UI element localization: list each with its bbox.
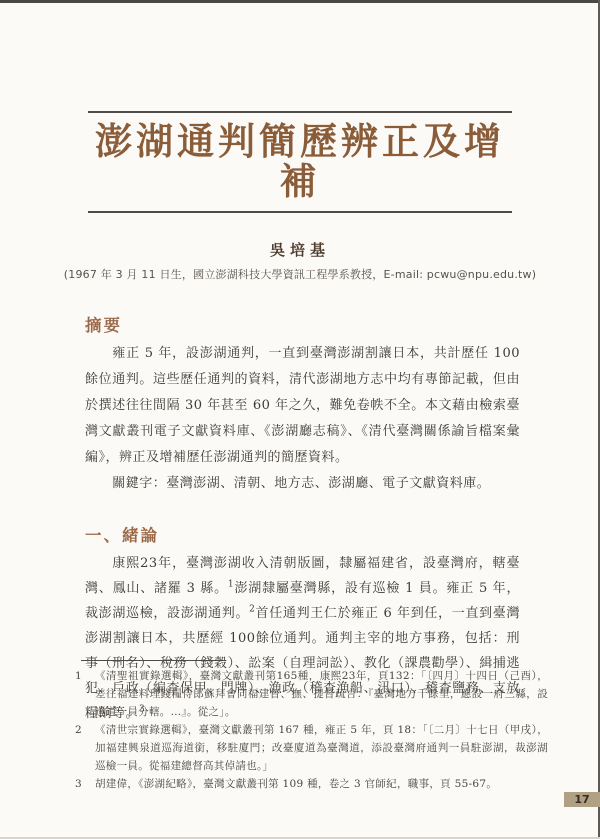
footnote-number: 2 <box>75 721 95 775</box>
title-block: 澎湖通判簡歷辨正及增補 <box>88 111 512 213</box>
abstract-heading: 摘要 <box>85 312 520 336</box>
author-affiliation: (1967 年 3 月 11 日生，國立澎湖科技大學資訊工程學系教授，E-mai… <box>0 266 600 282</box>
footnotes-section: 1 《清聖祖實錄選輯》，臺灣文獻叢刊第165種，康熙23年，頁132：「〔四月〕… <box>75 660 548 793</box>
footnote-text: 《清聖祖實錄選輯》，臺灣文獻叢刊第165種，康熙23年，頁132：「〔四月〕十四… <box>95 667 548 721</box>
footnote-text: 《清世宗實錄選輯》，臺灣文獻叢刊第 167 種，雍正 5 年，頁 18：「〔二月… <box>95 721 548 775</box>
keywords-line: 關鍵字：臺灣澎湖、清朝、地方志、澎湖廳、電子文獻資料庫。 <box>85 471 520 497</box>
footnote-text: 胡建偉，《澎湖紀略》，臺灣文獻叢刊第 109 種，卷之 3 官師紀，職事，頁 5… <box>95 775 548 793</box>
abstract-paragraph: 雍正 5 年，設澎湖通判，一直到臺灣澎湖割讓日本，共計歷任 100 餘位通判。這… <box>85 341 520 471</box>
scan-edge-top <box>0 0 600 3</box>
section-heading-introduction: 一、緒論 <box>85 522 520 546</box>
footnote-number: 1 <box>75 667 95 721</box>
article-title: 澎湖通判簡歷辨正及增補 <box>88 121 512 201</box>
scanned-page: 澎湖通判簡歷辨正及增補 吳培基 (1967 年 3 月 11 日生，國立澎湖科技… <box>0 0 600 839</box>
footnote-separator <box>81 660 226 661</box>
footnote-number: 3 <box>75 775 95 793</box>
page-number: 17 <box>574 793 589 806</box>
footnote-2: 2 《清世宗實錄選輯》，臺灣文獻叢刊第 167 種，雍正 5 年，頁 18：「〔… <box>75 721 548 775</box>
footnote-3: 3 胡建偉，《澎湖紀略》，臺灣文獻叢刊第 109 種，卷之 3 官師紀，職事，頁… <box>75 775 548 793</box>
author-name: 吳培基 <box>0 239 600 260</box>
page-content: 澎湖通判簡歷辨正及增補 吳培基 (1967 年 3 月 11 日生，國立澎湖科技… <box>0 0 600 726</box>
page-number-badge: 17 <box>564 792 600 807</box>
footnote-1: 1 《清聖祖實錄選輯》，臺灣文獻叢刊第165種，康熙23年，頁132：「〔四月〕… <box>75 667 548 721</box>
